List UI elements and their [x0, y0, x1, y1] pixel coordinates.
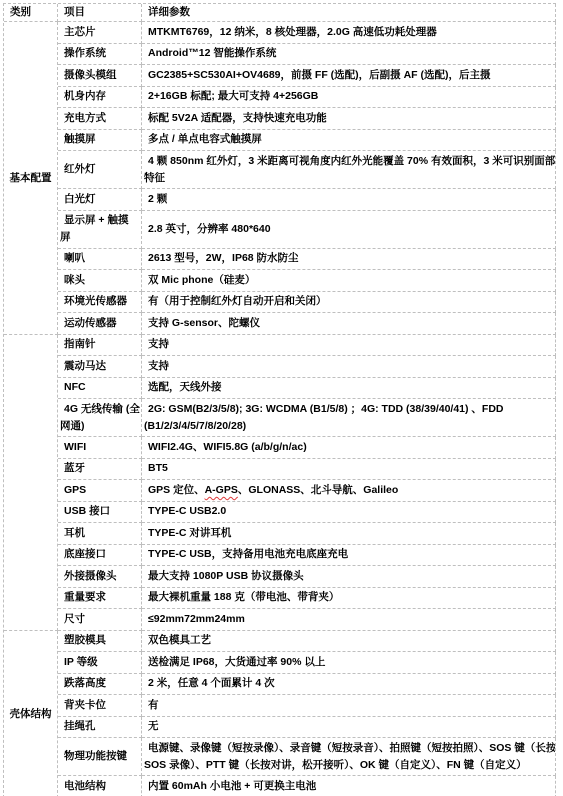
spec-value: 2.8 英寸，分辨率 480*640: [142, 221, 555, 238]
spec-item-label: 电池结构: [58, 778, 141, 795]
spec-row: 指南针支持: [58, 335, 556, 357]
spec-value: 2G: GSM(B2/3/5/8); 3G: WCDMA (B1/5/8) ；4…: [142, 401, 555, 435]
section-basic-config: 基本配置 主芯片MTKMT6769，12 纳米，8 核处理器，2.0G 高速低功…: [4, 22, 556, 335]
spec-item-label: 外接摄像头: [58, 568, 141, 585]
spec-value: 2+16GB 标配; 最大可支持 4+256GB: [142, 88, 555, 105]
spec-value: 送检满足 IP68，大货通过率 90% 以上: [142, 654, 555, 671]
spec-row: 物理功能按键电源键、录像键（短按录像）、录音键（短按录音）、拍照键（短按拍照）、…: [58, 738, 556, 776]
spec-row: GPSGPS 定位、A-GPS、GLONASS、北斗导航、Galileo: [58, 480, 556, 502]
spec-value: TYPE-C 对讲耳机: [142, 525, 555, 542]
category-cell: 基本配置: [4, 22, 58, 335]
spec-table: 类别 项目 详细参数 基本配置 主芯片MTKMT6769，12 纳米，8 核处理…: [3, 3, 556, 796]
spec-sheet-page: { "colors":{"border":"#bfbfbf","backgrou…: [0, 0, 563, 796]
spec-row: 摄像头模组GC2385+SC530AI+OV4689，前摄 FF (选配)，后副…: [58, 65, 556, 87]
spec-row: 白光灯2 颗: [58, 189, 556, 211]
spec-value: 选配，天线外接: [142, 379, 555, 396]
spec-value: 2 米，任意 4 个面累计 4 次: [142, 675, 555, 692]
spec-item-label: 触摸屏: [58, 131, 141, 148]
spec-item-label: 运动传感器: [58, 315, 141, 332]
section-housing: 壳体结构 塑胶模具双色模具工艺 IP 等级送检满足 IP68，大货通过率 90%…: [4, 631, 556, 796]
spec-item-label: USB 接口: [58, 503, 141, 520]
spec-value: 支持: [142, 358, 555, 375]
spec-item-label: 挂绳孔: [58, 718, 141, 735]
spec-value: 双色模具工艺: [142, 632, 555, 649]
spec-value: 有（用于控制红外灯自动开启和关闭）: [142, 293, 555, 310]
section-connectivity: 指南针支持 震动马达支持 NFC选配，天线外接 4G 无线传输 (全 网通)2G…: [4, 335, 556, 631]
spec-row: USB 接口TYPE-C USB2.0: [58, 502, 556, 524]
spec-row: 显示屏 + 触摸 屏2.8 英寸，分辨率 480*640: [58, 211, 556, 249]
gps-value-pre: GPS 定位、: [148, 484, 205, 496]
spec-row: 充电方式标配 5V2A 适配器，支持快速充电功能: [58, 108, 556, 130]
spec-item-label: 重量要求: [58, 589, 141, 606]
header-params-cell: 详细参数: [142, 4, 556, 22]
spec-value: BT5: [142, 460, 555, 477]
spec-value: 多点 / 单点电容式触摸屏: [142, 131, 555, 148]
spec-value: 支持 G-sensor、陀螺仪: [142, 315, 555, 332]
spec-value: ≤92mm72mm24mm: [142, 611, 555, 628]
spec-value: WIFI2.4G、WIFI5.8G (a/b/g/n/ac): [142, 439, 555, 456]
spec-row: NFC选配，天线外接: [58, 378, 556, 400]
category-cell: 壳体结构: [4, 631, 58, 796]
spec-item-label: WIFI: [58, 439, 141, 456]
spec-value: 标配 5V2A 适配器，支持快速充电功能: [142, 110, 555, 127]
spec-item-label: 咪头: [58, 272, 141, 289]
category-cell: [4, 335, 58, 631]
section-rows: 主芯片MTKMT6769，12 纳米，8 核处理器，2.0G 高速低功耗处理器 …: [58, 22, 556, 335]
spec-row: 机身内存2+16GB 标配; 最大可支持 4+256GB: [58, 87, 556, 109]
spec-row: 尺寸≤92mm72mm24mm: [58, 609, 556, 631]
spec-item-label: 4G 无线传输 (全 网通): [58, 401, 141, 435]
spec-row: 触摸屏多点 / 单点电容式触摸屏: [58, 130, 556, 152]
spellcheck-marked-text: A-GPS: [205, 484, 238, 496]
spec-row: 底座接口TYPE-C USB，支持备用电池充电底座充电: [58, 545, 556, 567]
spec-item-label: 塑胶模具: [58, 632, 141, 649]
spec-item-label: 指南针: [58, 336, 141, 353]
spec-item-label: 摄像头模组: [58, 67, 141, 84]
category-label: 基本配置: [10, 170, 52, 185]
spec-row: 重量要求最大裸机重量 188 克（带电池、带背夹）: [58, 588, 556, 610]
header-category-label: 类别: [4, 4, 57, 21]
spec-item-label: 跌落高度: [58, 675, 141, 692]
spec-row: 外接摄像头最大支持 1080P USB 协议摄像头: [58, 566, 556, 588]
spec-item-label: 红外灯: [58, 161, 141, 178]
spec-row: 电池结构内置 60mAh 小电池 + 可更换主电池: [58, 776, 556, 796]
spec-value: TYPE-C USB，支持备用电池充电底座充电: [142, 546, 555, 563]
spec-value: 2 颗: [142, 191, 555, 208]
spec-item-label: NFC: [58, 379, 141, 396]
spec-value: 电源键、录像键（短按录像）、录音键（短按录音）、拍照键（短按拍照）、SOS 键（…: [142, 740, 556, 774]
spec-row: 红外灯4 颗 850nm 红外灯，3 米距离可视角度内红外光能覆盖 70% 有效…: [58, 151, 556, 189]
spec-value: Android™12 智能操作系统: [142, 45, 555, 62]
spec-value: 支持: [142, 336, 555, 353]
spec-value: 2613 型号，2W，IP68 防水防尘: [142, 250, 555, 267]
spec-item-label: 物理功能按键: [58, 748, 141, 765]
spec-value: 有: [142, 697, 555, 714]
spec-row: 操作系统Android™12 智能操作系统: [58, 44, 556, 66]
spec-row: 环境光传感器有（用于控制红外灯自动开启和关闭）: [58, 292, 556, 314]
spec-value: 无: [142, 718, 555, 735]
spec-item-label: 耳机: [58, 525, 141, 542]
spec-value: 双 Mic phone（硅麦）: [142, 272, 555, 289]
spec-value: TYPE-C USB2.0: [142, 503, 555, 520]
spec-row: 背夹卡位有: [58, 695, 556, 717]
spec-row: 运动传感器支持 G-sensor、陀螺仪: [58, 313, 556, 335]
spec-row: 4G 无线传输 (全 网通)2G: GSM(B2/3/5/8); 3G: WCD…: [58, 399, 556, 437]
category-label: 壳体结构: [10, 706, 52, 721]
spec-item-label: 环境光传感器: [58, 293, 141, 310]
spec-value: 4 颗 850nm 红外灯，3 米距离可视角度内红外光能覆盖 70% 有效面积，…: [142, 153, 555, 187]
spec-value: 最大裸机重量 188 克（带电池、带背夹）: [142, 589, 555, 606]
spec-item-label: 充电方式: [58, 110, 141, 127]
spec-row: 耳机TYPE-C 对讲耳机: [58, 523, 556, 545]
spec-value: MTKMT6769，12 纳米，8 核处理器，2.0G 高速低功耗处理器: [142, 24, 555, 41]
spec-row: 咪头双 Mic phone（硅麦）: [58, 270, 556, 292]
spec-item-label: 白光灯: [58, 191, 141, 208]
spec-row: 挂绳孔无: [58, 717, 556, 739]
spec-item-label: 尺寸: [58, 611, 141, 628]
spec-row: 震动马达支持: [58, 356, 556, 378]
spec-value: 最大支持 1080P USB 协议摄像头: [142, 568, 555, 585]
spec-row: 主芯片MTKMT6769，12 纳米，8 核处理器，2.0G 高速低功耗处理器: [58, 22, 556, 44]
spec-row: 蓝牙BT5: [58, 459, 556, 481]
spec-item-label: 喇叭: [58, 250, 141, 267]
spec-value: GPS 定位、A-GPS、GLONASS、北斗导航、Galileo: [142, 482, 555, 499]
spec-value: GC2385+SC530AI+OV4689，前摄 FF (选配)，后副摄 AF …: [142, 67, 555, 84]
spec-value: 内置 60mAh 小电池 + 可更换主电池: [142, 778, 555, 795]
spec-item-label: GPS: [58, 482, 141, 499]
section-rows: 指南针支持 震动马达支持 NFC选配，天线外接 4G 无线传输 (全 网通)2G…: [58, 335, 556, 631]
section-rows: 塑胶模具双色模具工艺 IP 等级送检满足 IP68，大货通过率 90% 以上 跌…: [58, 631, 556, 796]
header-params-label: 详细参数: [142, 4, 555, 21]
header-item-label: 项目: [58, 4, 141, 21]
table-header-row: 类别 项目 详细参数: [4, 4, 556, 22]
spec-item-label: 蓝牙: [58, 460, 141, 477]
spec-row: IP 等级送检满足 IP68，大货通过率 90% 以上: [58, 652, 556, 674]
spec-item-label: 震动马达: [58, 358, 141, 375]
spec-item-label: IP 等级: [58, 654, 141, 671]
spec-item-label: 操作系统: [58, 45, 141, 62]
spec-row: 喇叭2613 型号，2W，IP68 防水防尘: [58, 249, 556, 271]
spec-item-label: 主芯片: [58, 24, 141, 41]
spec-row: 塑胶模具双色模具工艺: [58, 631, 556, 653]
spec-row: WIFIWIFI2.4G、WIFI5.8G (a/b/g/n/ac): [58, 437, 556, 459]
spec-row: 跌落高度2 米，任意 4 个面累计 4 次: [58, 674, 556, 696]
header-item-cell: 项目: [58, 4, 142, 22]
gps-value-post: 、GLONASS、北斗导航、Galileo: [238, 484, 398, 496]
spec-item-label: 背夹卡位: [58, 697, 141, 714]
spec-item-label: 底座接口: [58, 546, 141, 563]
spec-item-label: 机身内存: [58, 88, 141, 105]
spec-item-label: 显示屏 + 触摸 屏: [58, 212, 141, 246]
header-category-cell: 类别: [4, 4, 58, 22]
